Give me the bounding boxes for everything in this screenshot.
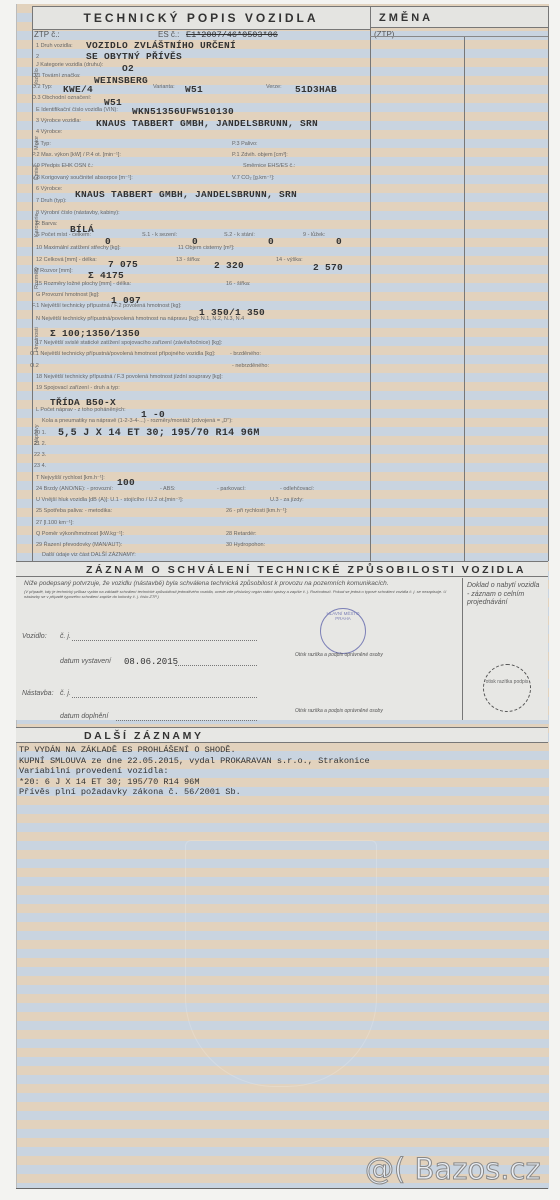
record-line: TP VYDÁN NA ZÁKLADĚ ES PROHLÁŠENÍ O SHOD… [19, 745, 370, 756]
official-stamp: HLAVNÍ MĚSTO PRAHA [320, 608, 366, 654]
field-S2-value: 0 [268, 236, 274, 247]
field-23-label: 23 4. [34, 463, 46, 469]
row-divider [370, 36, 548, 37]
field-16-label: 16 - šířka: [226, 281, 250, 287]
field-P3-label: P.3 Palivo: [232, 141, 258, 147]
field-V8-label: V.8 Korigovaný součinitel absorpce [m⁻¹]… [32, 175, 133, 181]
field-27-label: 27 [l.100 km⁻¹]: [36, 520, 74, 526]
axle-mass-value: Σ 100;1350/1350 [50, 328, 140, 339]
field-5-label: 5 Typ: [36, 141, 51, 147]
field-D1-value: WEINSBERG [94, 75, 148, 86]
field-1-label: 1 Druh vozidla: [36, 43, 73, 49]
version-value: 51D3HAB [295, 84, 337, 95]
field-O1-sub: - brzděného: [230, 351, 261, 357]
ztp-label: ZTP č.: [34, 29, 60, 41]
issue-date-value: 08.06.2015 [124, 657, 178, 667]
field-J-value: O2 [122, 63, 134, 74]
body-ref-field [72, 697, 257, 698]
field-3-label: 3 Výrobce vozidla: [36, 118, 81, 124]
field-D2-label: D.2 Typ: [32, 84, 52, 90]
stamp-text: HLAVNÍ MĚSTO PRAHA [322, 611, 364, 621]
field-15-label: 15 Rozměry ložné plochy [mm] - délka: [36, 281, 131, 287]
approval-statement: Níže podepsaný potvrzuje, že vozidlu (ná… [24, 580, 464, 587]
retarder-brake-label: - odlehčovací: [280, 486, 314, 492]
body-label: Nástavba: [22, 690, 54, 697]
field-S-label: S Počet míst - celkem: [36, 232, 91, 238]
field-9-label: 9 - lůžek: [303, 232, 325, 238]
field-S2-label: S.2 - k stání: [224, 232, 255, 238]
field-7-label: 7 Druh (typ): [36, 198, 67, 204]
wheelbase-value: Σ 4175 [88, 270, 124, 281]
stamp-caption: Otisk razítka a podpis oprávněné osoby [295, 652, 383, 658]
records-list: TP VYDÁN NA ZÁKLADĚ ES PROHLÁŠENÍ O SHOD… [19, 745, 370, 798]
approval-divider [462, 578, 463, 720]
field-21-label: 21 2. [34, 441, 46, 447]
field-19-label: 19 Spojovací zařízení - druh a typ: [36, 385, 120, 391]
version-label: Verze: [266, 84, 282, 90]
state-crest-watermark [185, 840, 377, 1087]
field-U-label: U Vnější hluk vozidla [dB (A)]: U.1 - st… [36, 497, 183, 503]
field-J-label: J Kategorie vozidla (druhu): [36, 62, 103, 68]
seal-placeholder: otisk razítka podpis [483, 664, 531, 712]
field-4-label: 4 Výrobce: [36, 129, 62, 135]
body-ref-label: č. j. [60, 690, 71, 697]
record-line: Variabilní provedení vozidla: [19, 766, 370, 777]
field-R-label: R Barva: [36, 221, 57, 227]
field-3-value: KNAUS TABBERT GMBH, JANDELSBRUNN, SRN [96, 118, 318, 129]
field-L-label: L Počet náprav - z toho poháněných: [36, 407, 126, 413]
field-6-value: KNAUS TABBERT GMBH, JANDELSBRUNN, SRN [75, 189, 297, 200]
field-22-label: 22 3. [34, 452, 46, 458]
issue-date-label: datum vystavení [60, 658, 111, 665]
field-14-label: 14 - výška: [276, 257, 303, 263]
field-Q-label: Q Poměr výkon/hmotnost [kW.kg⁻¹]: [36, 531, 124, 537]
customs-note: Doklad o nabytí vozidla - záznam o celní… [467, 582, 543, 608]
vehicle-ref-label: č. j. [60, 633, 71, 640]
more-records-note: Další údaje viz část DALŠÍ ZÁZNAMY: [42, 552, 136, 558]
field-24-label: 24 Brzdy (ANO/NE): - provozní: [36, 486, 113, 492]
field-E-label: E Identifikační číslo vozidla (VIN): [36, 107, 118, 113]
field-G-label: G Provozní hmotnost [kg]: [36, 292, 100, 298]
addition-date-field [116, 720, 257, 721]
records-title: DALŠÍ ZÁZNAMY [16, 727, 548, 743]
field-9-value: 0 [336, 236, 342, 247]
height-value: 2 570 [313, 262, 343, 273]
body-stamp-caption: Otisk razítka a podpis oprávněné osoby [295, 708, 383, 714]
field-13-label: 13 - šířka: [176, 257, 200, 263]
field-V9-label: V.9 Předpis EHK OSN č.: [32, 163, 94, 169]
length-value: 7 075 [108, 259, 138, 270]
field-2-label: 2 [36, 54, 39, 60]
field-D2-value: KWE/4 [63, 84, 93, 95]
field-U3-label: U.3 - za jízdy: [270, 497, 304, 503]
field-26-label: 26 - při rychlosti [km.h⁻¹]: [226, 508, 288, 514]
field-P1-label: P.1 Zdvih. objem [cm³]: [232, 152, 288, 158]
column-divider [548, 6, 549, 561]
directive-label: Směrnice EHS/ES č.: [243, 163, 295, 169]
addition-date-label: datum doplnění [60, 713, 108, 720]
tyres-value: 5,5 J X 14 ET 30; 195/70 R14 96M [58, 428, 260, 439]
vin-value: WKN51356UFW510130 [132, 106, 234, 117]
field-18-label: 18 Největší technicky přípustná / F.3 po… [36, 374, 223, 380]
field-11-label: 11 Objem cisterny [m³]: [178, 245, 234, 251]
width-value: 2 320 [214, 260, 244, 271]
sheet-bottom-edge [16, 1188, 548, 1189]
change-title: ZMĚNA [371, 6, 548, 28]
variant-value: W51 [185, 84, 203, 95]
approval-note: (V případě, kdy je technický průkaz vydá… [24, 589, 460, 599]
field-O2-label: O.2 [30, 363, 39, 369]
column-divider [464, 36, 465, 561]
field-20-label: 20 1. [34, 430, 46, 436]
field-O2-sub: - nebrzděného: [232, 363, 269, 369]
field-V7-label: V.7 CO₂ [g.km⁻¹]: [232, 175, 274, 181]
field-6-label: 6 Výrobce: [36, 186, 62, 192]
field-D1-label: D.1 Tovární značka: [32, 73, 81, 79]
field-M-label: M Rozvor [mm]: [34, 268, 73, 274]
field-29-label: 29 Řazení převodovky (MAN/AUT): [36, 542, 122, 548]
wheels-label: Kola a pneumatiky na nápravě (1-2-3-4-..… [42, 418, 233, 424]
field-F1-label: F.1 Největší technicky přípustná / F.2 p… [32, 303, 182, 309]
seal-text: otisk razítka podpis [484, 679, 530, 685]
field-2-value: SE OBYTNÝ PŘÍVĚS [86, 51, 182, 62]
field-D3-label: D.3 Obchodní označení: [32, 95, 91, 101]
variant-label: Varianta: [153, 84, 175, 90]
field-10-label: 10 Maximální zatížení střechy [kg]: [36, 245, 121, 251]
field-12-label: 12 Celková [mm] - délka: [36, 257, 97, 263]
field-25-label: 25 Spotřeba paliva: - metodika: [36, 508, 112, 514]
column-divider [370, 6, 371, 561]
approval-title: ZÁZNAM O SCHVÁLENÍ TECHNICKÉ ZPŮSOBILOST… [16, 561, 548, 577]
record-line: KUPNÍ SMLOUVA ze dne 22.05.2015, vydal P… [19, 756, 370, 767]
field-17-label: 17 Největší svislé statické zatížení spo… [36, 340, 222, 346]
vehicle-label: Vozidlo: [22, 633, 47, 640]
field-S1-label: S.1 - k sezení: [142, 232, 177, 238]
field-1-value: VOZIDLO ZVLÁŠTNÍHO URČENÍ [86, 40, 236, 51]
document-title: TECHNICKÝ POPIS VOZIDLA [32, 6, 370, 30]
issue-date-field [175, 665, 257, 666]
parking-brake-label: - parkovací: [217, 486, 246, 492]
bazos-watermark: @( Bazos.cz [365, 1152, 541, 1186]
change-sub: (ZTP) [374, 29, 394, 41]
field-30-label: 30 Hydropohon: [226, 542, 265, 548]
record-line: *20: 6 J X 14 ET 30; 195/70 R14 96M [19, 777, 370, 788]
vehicle-ref-field [72, 640, 257, 641]
max-speed-value: 100 [117, 477, 135, 488]
record-line: Přívěs plní požadavky zákona č. 56/2001 … [19, 787, 370, 798]
field-P2-label: P.2 Max. výkon [kW] / P.4 ot. [min⁻¹]: [32, 152, 121, 158]
field-8-label: 8 Výrobní číslo (nástavby, kabiny): [36, 210, 120, 216]
field-T-label: T Nejvyšší rychlost [km.h⁻¹]: [36, 475, 105, 481]
field-N-label: N Největší technicky přípustná/povolená … [36, 316, 244, 322]
field-O1-label: O.1 Největší technicky přípustná/povolen… [30, 351, 215, 357]
field-28-label: 28 Retardér: [226, 531, 257, 537]
abs-label: - ABS: [160, 486, 176, 492]
